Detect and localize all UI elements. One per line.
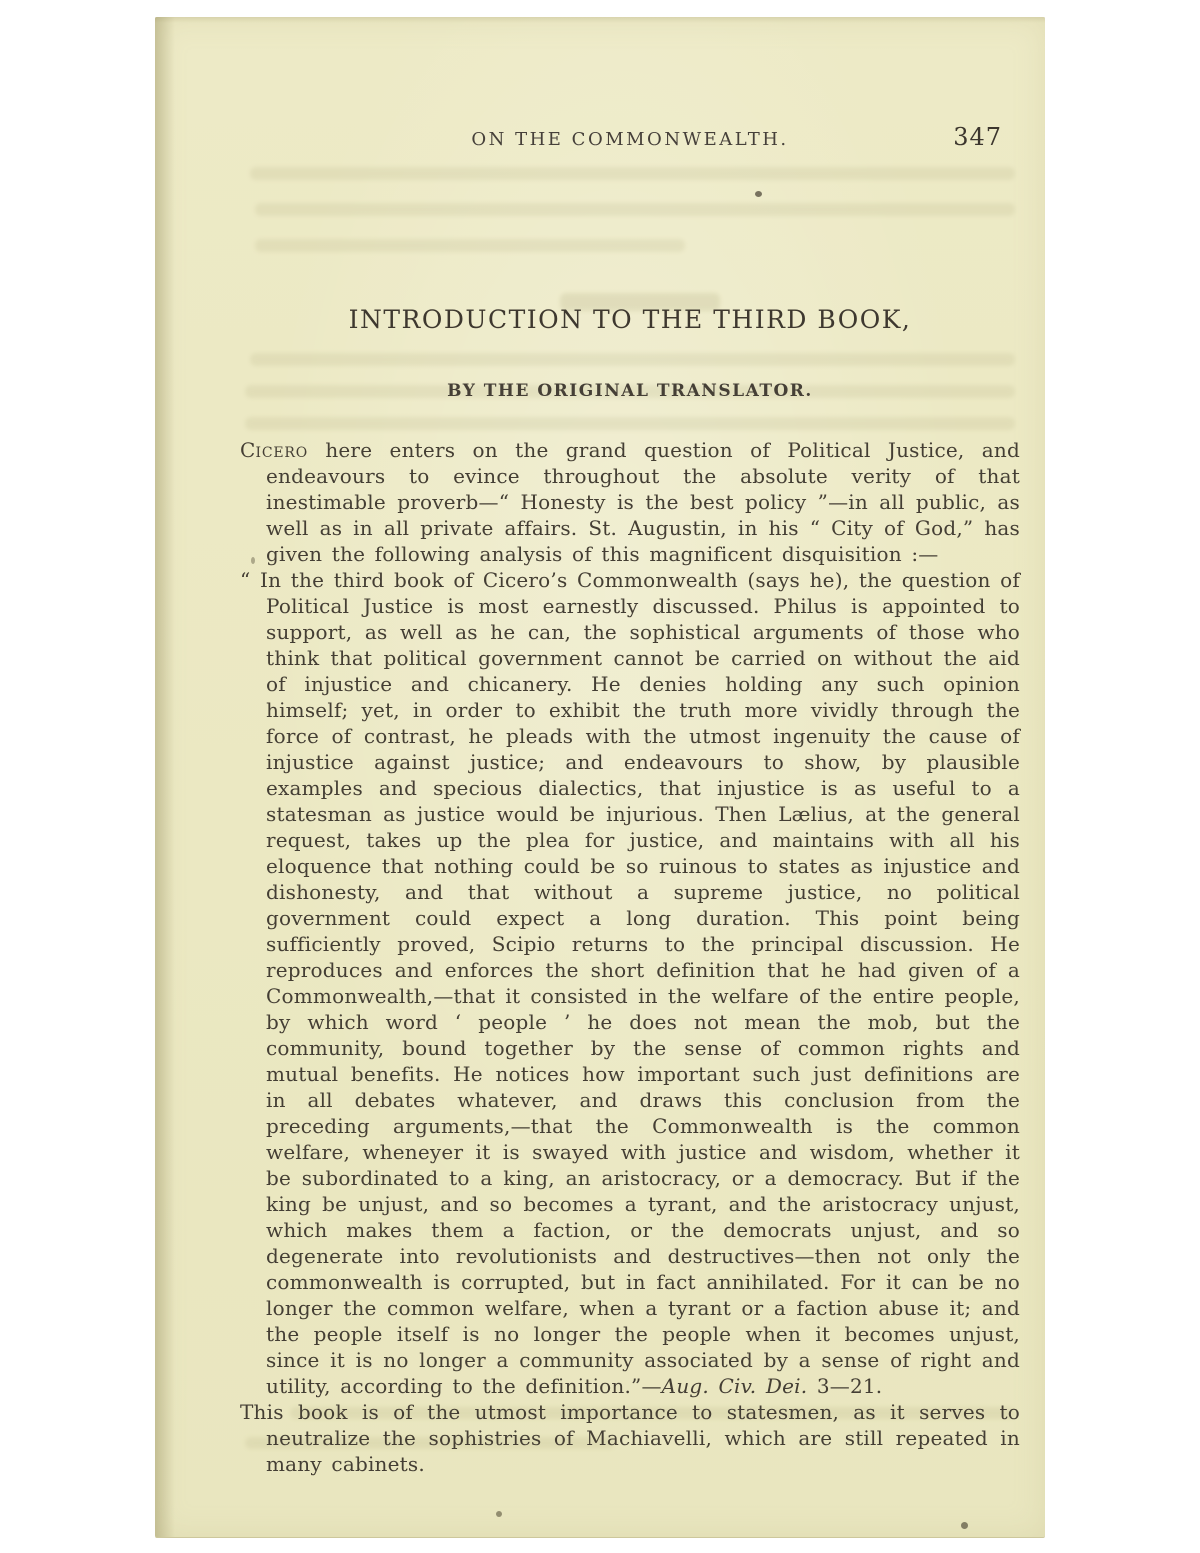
citation-italic: Aug. Civ. Dei. (662, 1374, 808, 1398)
paper-speck (961, 1522, 968, 1529)
body-text: Cicero here enters on the grand question… (240, 437, 1020, 1477)
paragraph-intro-text: here enters on the grand question of Pol… (266, 438, 1020, 566)
bleed-through-line (245, 417, 1015, 430)
paragraph-intro: Cicero here enters on the grand question… (240, 437, 1020, 567)
bleed-through-line (250, 167, 1015, 180)
section-title: INTRODUCTION TO THE THIRD BOOK, (240, 305, 1020, 334)
paragraph-closing: This book is of the utmost importance to… (240, 1399, 1020, 1477)
paper-speck (496, 1511, 502, 1517)
running-header-title: ON THE COMMONWEALTH. (240, 129, 1020, 150)
bleed-through-line (250, 353, 1015, 366)
book-page: ON THE COMMONWEALTH. 347 INTRODUCTION TO… (155, 17, 1045, 1538)
paragraph-quote: “ In the third book of Cicero’s Commonwe… (240, 567, 1020, 1399)
page-number: 347 (953, 123, 1002, 151)
scan-background: ON THE COMMONWEALTH. 347 INTRODUCTION TO… (0, 0, 1200, 1553)
bleed-through-line (255, 203, 1015, 216)
lead-smallcaps: icero (256, 438, 308, 462)
paragraph-quote-text: “ In the third book of Cicero’s Commonwe… (240, 568, 1020, 1398)
running-header: ON THE COMMONWEALTH. 347 (240, 129, 1020, 159)
bleed-through-line (255, 239, 685, 252)
section-byline: BY THE ORIGINAL TRANSLATOR. (240, 381, 1020, 401)
citation-tail: 3—21. (807, 1374, 882, 1398)
paper-speck (755, 191, 762, 197)
paragraph-closing-text: This book is of the utmost importance to… (240, 1400, 1020, 1476)
lead-capital: C (240, 438, 256, 462)
